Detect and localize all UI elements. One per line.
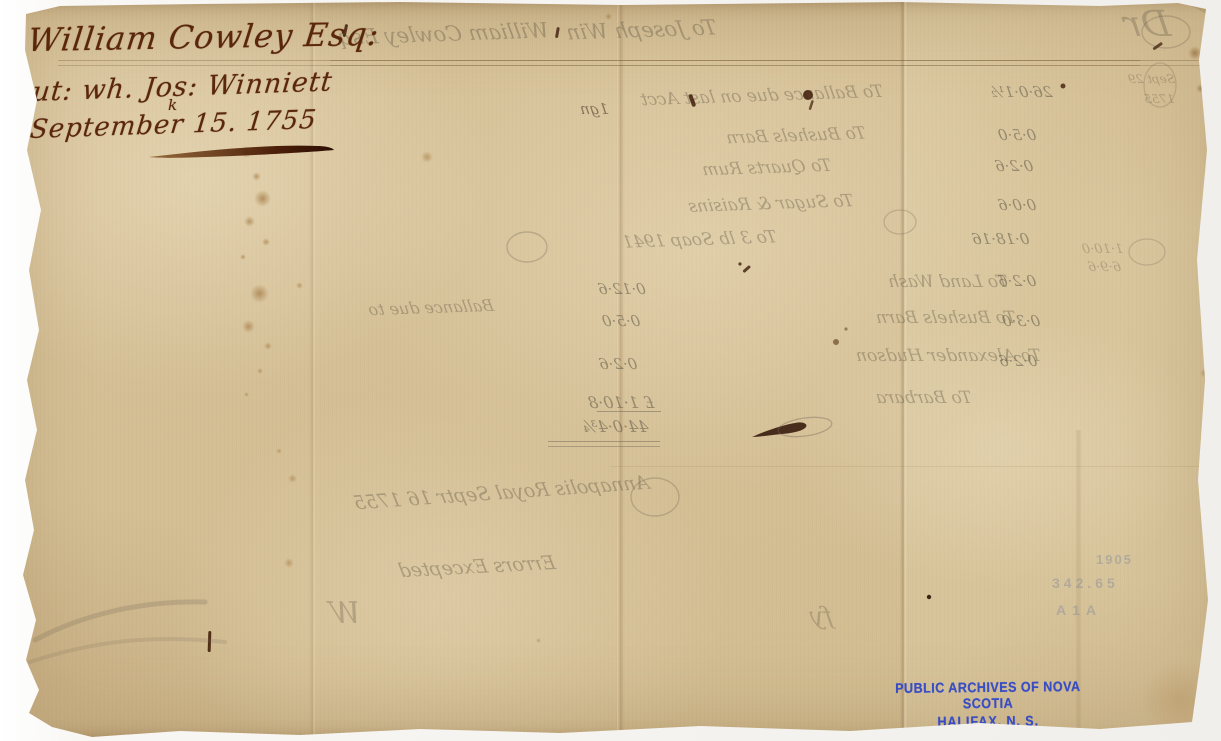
accession-stamp-faint-line2: 342.65 xyxy=(1052,575,1119,591)
bleedthrough-pencil-mark: 1gn xyxy=(579,100,610,118)
ink-speck xyxy=(738,262,741,265)
stain xyxy=(244,216,255,227)
ink-speck xyxy=(742,265,751,273)
bleedthrough-amount: 0·3·0 xyxy=(1001,312,1042,330)
ink-loop xyxy=(777,414,833,439)
bleedthrough-amount: 0·12·6 xyxy=(597,280,647,298)
bleedthrough-signature-flourish: W xyxy=(328,596,364,631)
bleedthrough-amount: 26·0·1½ xyxy=(989,83,1054,101)
archives-stamp-line1: PUBLIC ARCHIVES OF NOVA SCOTIA xyxy=(871,678,1105,712)
bleedthrough-header-right: To Joseph Win xyxy=(564,15,718,44)
bleedthrough-amount: 0·5·0 xyxy=(601,312,642,330)
bleedthrough-double-underline xyxy=(548,441,660,447)
bleedthrough-margin-date: Sept 29 xyxy=(1127,72,1176,86)
ink-speck xyxy=(208,631,212,652)
bleedthrough-amount: 0·2·6 xyxy=(998,352,1039,370)
bleed-swirl xyxy=(507,232,547,262)
paper-tone-panel xyxy=(905,0,1208,741)
bleedthrough-amount: 44·0·4¾ xyxy=(581,417,650,436)
archives-stamp-line2: HALIFAX, N. S. xyxy=(871,712,1105,730)
bleedthrough-item: To 3 lb Soap 1941 xyxy=(621,227,779,252)
bleedthrough-amount: 0·5·0 xyxy=(997,126,1038,144)
bleedthrough-amount: 0·2·6 xyxy=(994,157,1035,175)
bleedthrough-item: To Ballance due on last Acct xyxy=(639,82,885,110)
stain xyxy=(296,282,303,289)
scanned-document: William Cowley Esq To Joseph Win Dr To B… xyxy=(0,0,1221,741)
bleedthrough-underline xyxy=(597,411,661,412)
faint-rule-bleed xyxy=(610,466,1206,467)
stain xyxy=(288,474,297,483)
bleedthrough-amount: 0·18·16 xyxy=(971,230,1031,248)
bleedthrough-dr: Dr xyxy=(1121,4,1173,45)
annotation-name-line: William Cowley Esq: xyxy=(26,15,382,59)
stain xyxy=(240,254,246,260)
bleedthrough-item: To Land Wash xyxy=(887,272,1010,292)
bleedthrough-item: To Sugar & Raisins xyxy=(687,191,856,217)
bleedthrough-margin-total: 1·10·0 xyxy=(1081,242,1124,257)
stain xyxy=(276,448,282,454)
accession-stamp-faint-line1: 1905 xyxy=(1096,552,1133,567)
stain xyxy=(242,320,255,333)
stain xyxy=(244,392,249,397)
bleedthrough-amount: £ 1·10·8 xyxy=(587,393,656,412)
archives-stamp: PUBLIC ARCHIVES OF NOVA SCOTIA HALIFAX, … xyxy=(858,678,1119,731)
stain xyxy=(250,284,269,303)
stain xyxy=(252,172,261,181)
bleedthrough-fragment: Ballance due to xyxy=(367,296,496,319)
ghost-stroke xyxy=(35,602,205,640)
bleedthrough-amount: 0·2·6 xyxy=(598,355,639,373)
ink-blot xyxy=(752,422,806,437)
bleedthrough-signature-flourish: fy xyxy=(808,602,834,630)
flourish-stroke xyxy=(149,146,334,158)
stain xyxy=(284,558,294,568)
accession-stamp-faint-line3: A1A xyxy=(1056,602,1102,618)
bleedthrough-margin-date: 1755 xyxy=(1143,92,1176,106)
bleedthrough-amount: 0·0·6 xyxy=(997,196,1038,214)
stain xyxy=(240,146,252,158)
bleedthrough-amount: 0·2·6 xyxy=(997,272,1038,290)
bleedthrough-margin-total: 6·9·6 xyxy=(1087,260,1122,275)
bleedthrough-item: To Bushels Barn xyxy=(725,124,868,149)
stain xyxy=(262,238,270,246)
ink-speck xyxy=(844,327,847,330)
ink-speck xyxy=(555,27,560,38)
stain xyxy=(421,151,433,163)
stain xyxy=(536,638,541,643)
bleedthrough-item: To Bushels Barn xyxy=(875,308,1018,328)
stain xyxy=(254,190,271,207)
bleedthrough-place-line: Annapolis Royal Septr 16 1755 xyxy=(352,472,652,515)
ghost-stroke xyxy=(30,639,225,662)
stain xyxy=(257,368,263,374)
stain xyxy=(264,342,272,350)
ink-speck xyxy=(833,339,839,345)
bleedthrough-item: To Barbara xyxy=(875,388,974,408)
annotation-date-line: September 15. 1755 xyxy=(29,105,319,145)
bleedthrough-item: To Quarts Rum xyxy=(701,156,833,181)
bleedthrough-errors-line: Errors Excepted xyxy=(397,552,558,582)
double-rule-bleed xyxy=(330,60,1140,66)
paper-sheet: William Cowley Esq To Joseph Win Dr To B… xyxy=(0,0,1221,741)
